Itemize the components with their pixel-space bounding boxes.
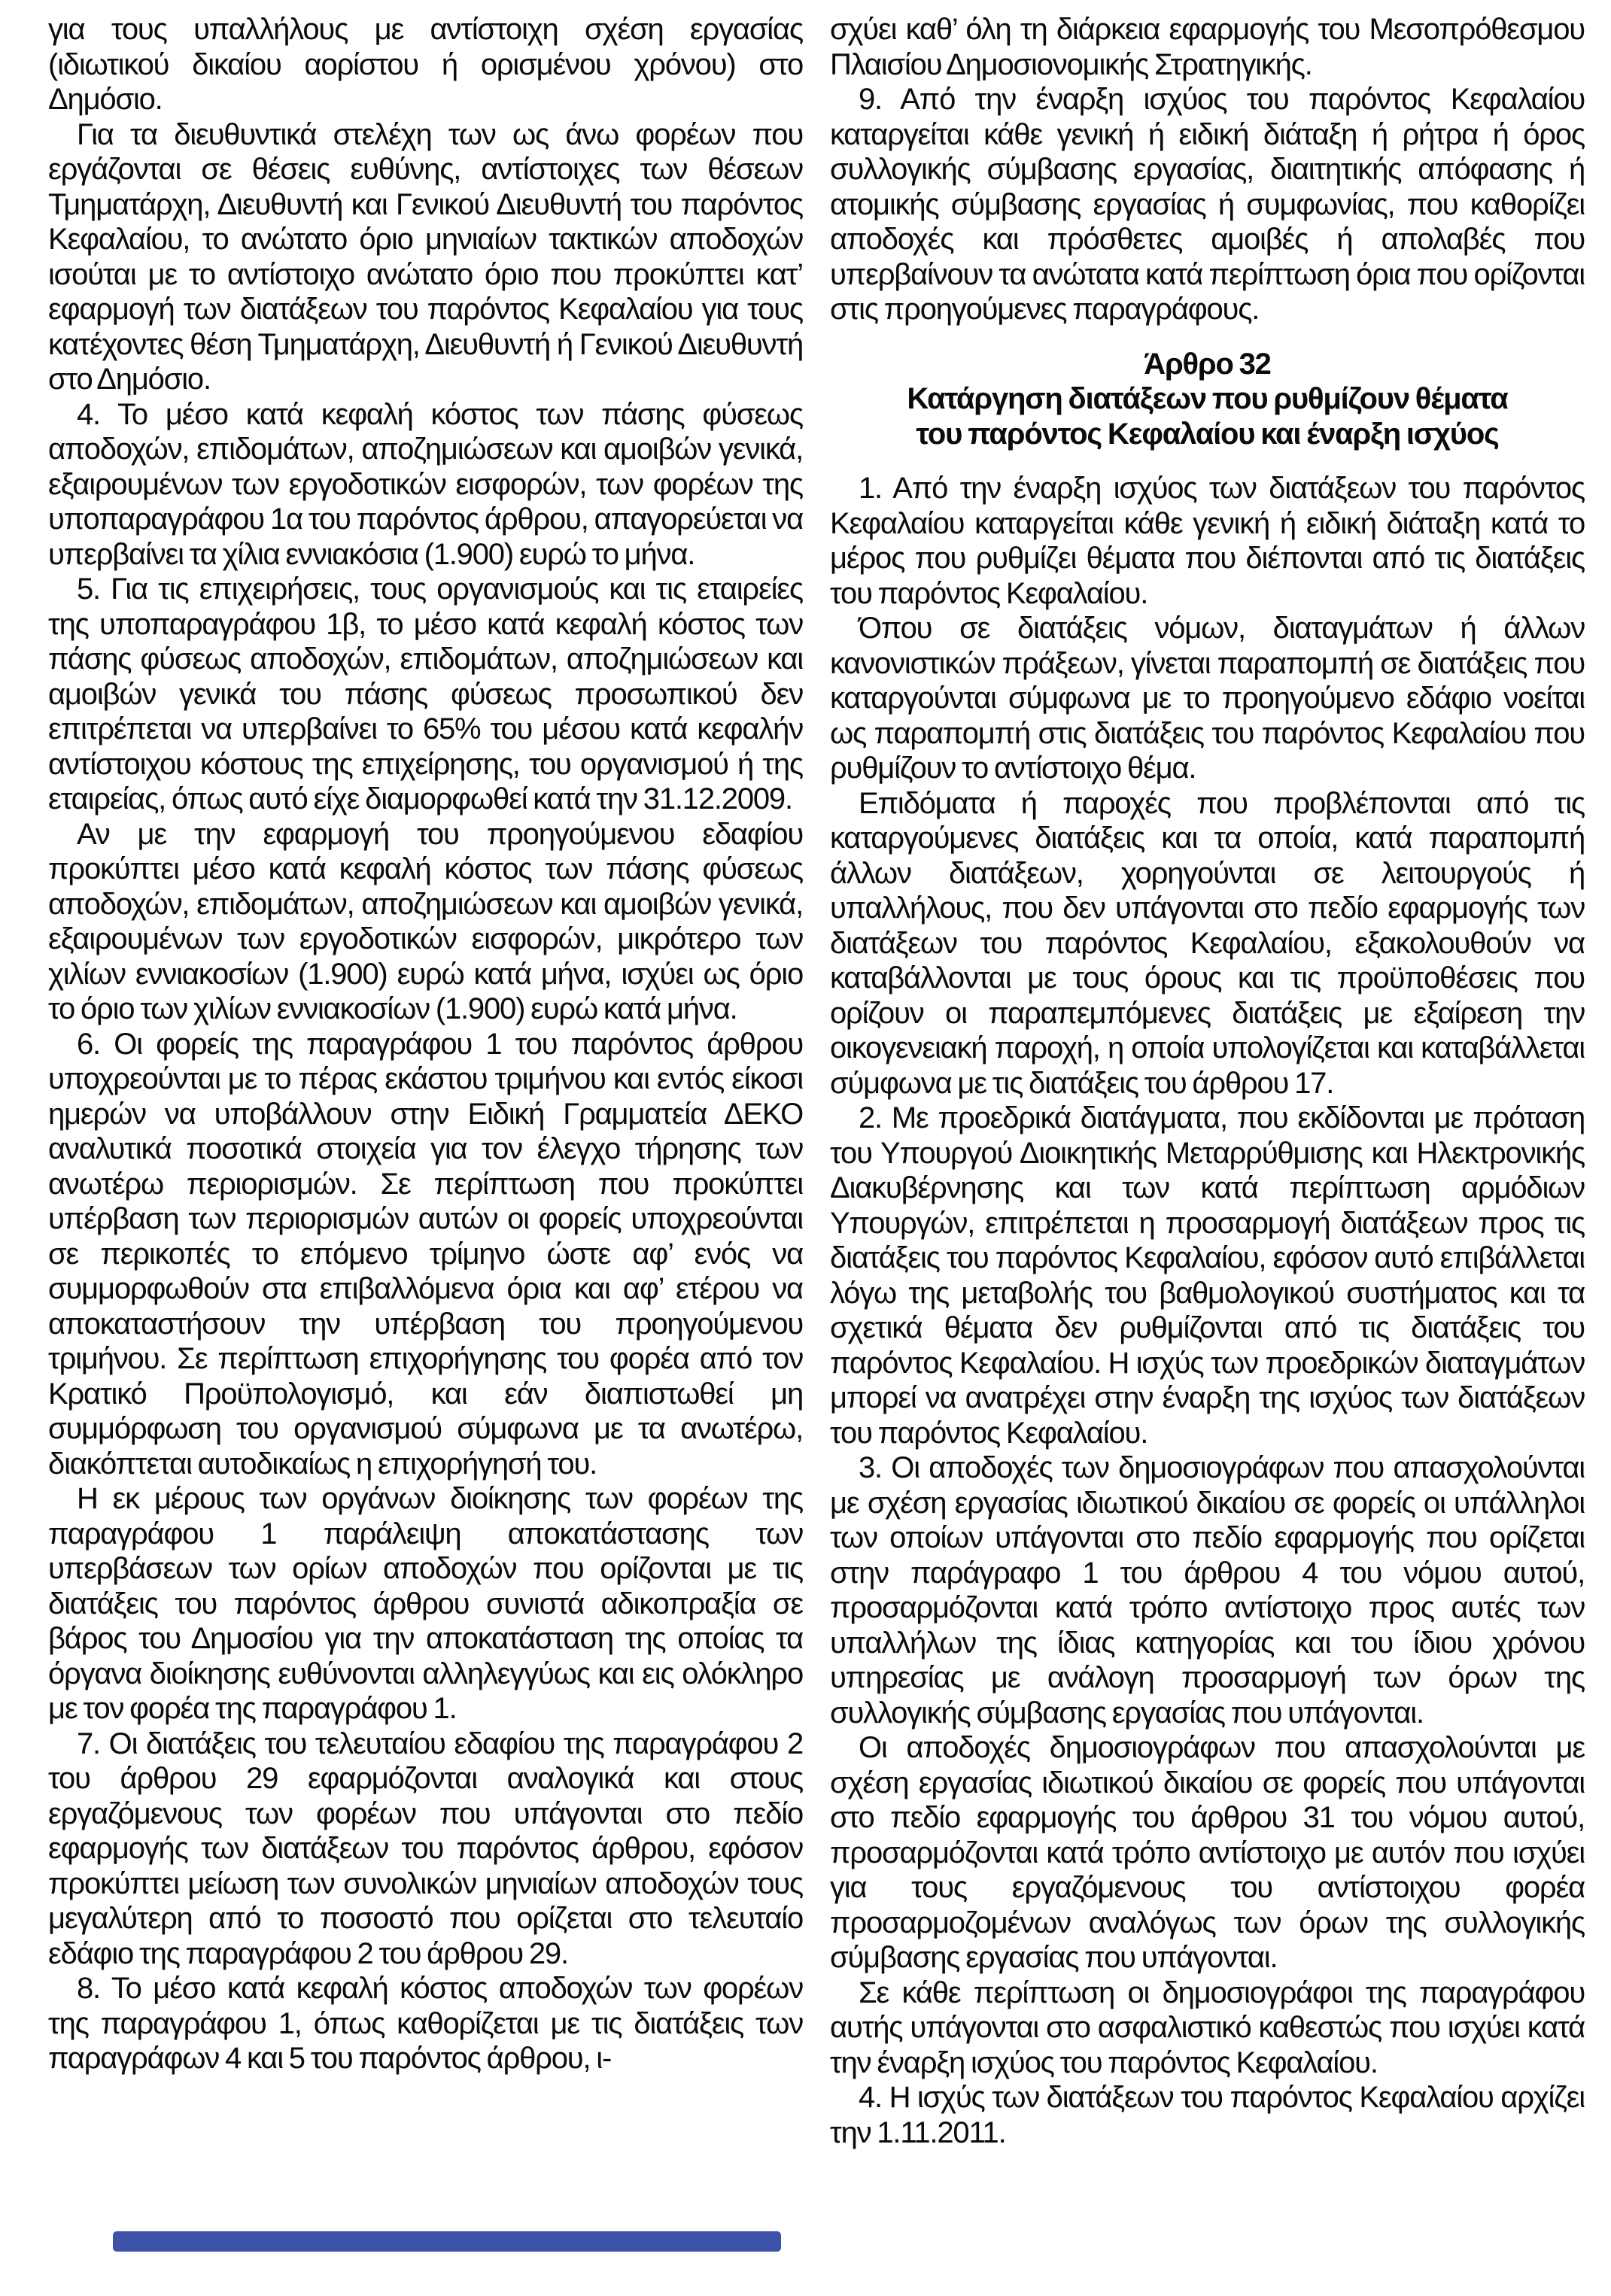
highlight-bar	[113, 2231, 781, 2252]
paragraph: 3. Οι αποδοχές των δημοσιογράφων που απα…	[830, 1450, 1585, 1730]
paragraph: Σε κάθε περίπτωση οι δημοσιογράφοι της π…	[830, 1976, 1585, 2081]
article-subtitle: του παρόντος Κεφαλαίου και έναρξη ισχύος	[830, 417, 1585, 452]
paragraph: 5. Για τις επιχειρήσεις, τους οργανισμού…	[48, 572, 803, 817]
article-subtitle: Κατάργηση διατάξεων που ρυθμίζουν θέματα	[830, 381, 1585, 417]
paragraph: για τους υπαλλήλους με αντίστοιχη σχέση …	[48, 12, 803, 117]
paragraph: σχύει καθ’ όλη τη διάρκεια εφαρμογής του…	[830, 12, 1585, 82]
two-column-text: για τους υπαλλήλους με αντίστοιχη σχέση …	[0, 0, 1611, 2150]
paragraph: Όπου σε διατάξεις νόμων, διαταγμάτων ή ά…	[830, 611, 1585, 786]
article-heading: Άρθρο 32 Κατάργηση διατάξεων που ρυθμίζο…	[830, 347, 1585, 452]
right-column: σχύει καθ’ όλη τη διάρκεια εφαρμογής του…	[830, 12, 1585, 2150]
paragraph: Οι αποδοχές δημοσιογράφων που απασχολούν…	[830, 1730, 1585, 1976]
paragraph: 7. Οι διατάξεις του τελευταίου εδαφίου τ…	[48, 1727, 803, 1972]
paragraph: 1. Από την έναρξη ισχύος των διατάξεων τ…	[830, 471, 1585, 611]
paragraph: 2. Με προεδρικά διατάγματα, που εκδίδοντ…	[830, 1101, 1585, 1450]
scanned-law-page: για τους υπαλλήλους με αντίστοιχη σχέση …	[0, 0, 1611, 2296]
paragraph: 4. Το μέσο κατά κεφαλή κόστος των πάσης …	[48, 397, 803, 572]
paragraph: Αν με την εφαρμογή του προηγούμενου εδαφ…	[48, 817, 803, 1027]
paragraph: 4. Η ισχύς των διατάξεων του παρόντος Κε…	[830, 2080, 1585, 2150]
paragraph: Η εκ μέρους των οργάνων διοίκησης των φο…	[48, 1481, 803, 1727]
left-column: για τους υπαλλήλους με αντίστοιχη σχέση …	[48, 12, 803, 2150]
paragraph: Επιδόματα ή παροχές που προβλέπονται από…	[830, 786, 1585, 1101]
paragraph: 8. Το μέσο κατά κεφαλή κόστος αποδοχών τ…	[48, 1971, 803, 2076]
paragraph: Για τα διευθυντικά στελέχη των ως άνω φο…	[48, 117, 803, 397]
article-title: Άρθρο 32	[830, 347, 1585, 382]
paragraph: 6. Οι φορείς της παραγράφου 1 του παρόντ…	[48, 1027, 803, 1482]
paragraph: 9. Από την έναρξη ισχύος του παρόντος Κε…	[830, 82, 1585, 327]
